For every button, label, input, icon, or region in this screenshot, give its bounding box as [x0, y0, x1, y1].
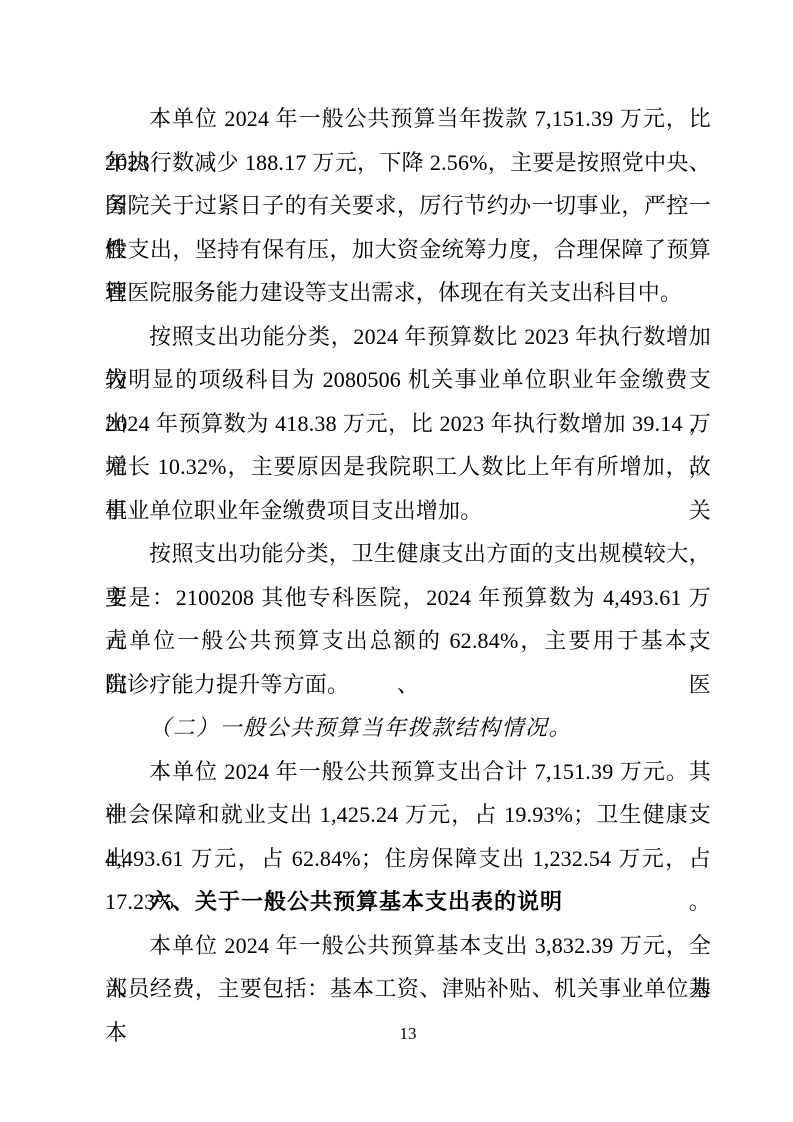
page-number: 13: [105, 1024, 711, 1044]
paragraph-line: 年执行数减少 188.17 万元，下降 2.56%，主要是按照党中央、国: [105, 141, 711, 185]
paragraph-line: 按照支出功能分类，2024 年预算数比 2023 年执行数增加较: [105, 315, 711, 359]
paragraph-line: 要是：2100208 其他专科医院，2024 年预算数为 4,493.61 万元…: [105, 576, 711, 620]
paragraph-line: 务院关于过紧日子的有关要求，厉行节约办一切事业，严控一般: [105, 184, 711, 228]
paragraph-line: 4,493.61 万元，占 62.84%；住房保障支出 1,232.54 万元，…: [105, 837, 711, 881]
paragraph-line: 增长 10.32%，主要原因是我院职工人数比上年有所增加，故机关: [105, 445, 711, 489]
document-body: 本单位 2024 年一般公共预算当年拨款 7,151.39 万元，比 2023 …: [105, 97, 711, 1011]
paragraph-line: 本单位 2024 年一般公共预算基本支出 3,832.39 万元，全部为: [105, 924, 711, 968]
subsection-heading: （二）一般公共预算当年拨款结构情况。: [105, 706, 711, 750]
paragraph-line: 为明显的项级科目为 2080506 机关事业单位职业年金缴费支出，: [105, 358, 711, 402]
paragraph-line: 理医院服务能力建设等支出需求，体现在有关支出科目中。: [105, 271, 711, 315]
paragraph-line: 2024 年预算数为 418.38 万元，比 2023 年执行数增加 39.14…: [105, 402, 711, 446]
paragraph-line: 人员经费，主要包括：基本工资、津贴补贴、机关事业单位基本: [105, 967, 711, 1011]
paragraph-line: 本单位 2024 年一般公共预算支出合计 7,151.39 万元。其中：: [105, 750, 711, 794]
paragraph-line: 社会保障和就业支出 1,425.24 万元，占 19.93%；卫生健康支出: [105, 793, 711, 837]
paragraph-line: 性支出，坚持有保有压，加大资金统筹力度，合理保障了预算管: [105, 228, 711, 272]
paragraph-line: 占单位一般公共预算支出总额的 62.84%，主要用于基本支出、医: [105, 619, 711, 663]
paragraph-line: 本单位 2024 年一般公共预算当年拨款 7,151.39 万元，比 2023: [105, 97, 711, 141]
document-page: 本单位 2024 年一般公共预算当年拨款 7,151.39 万元，比 2023 …: [0, 0, 793, 1122]
paragraph-line: 按照支出功能分类，卫生健康支出方面的支出规模较大，主: [105, 532, 711, 576]
